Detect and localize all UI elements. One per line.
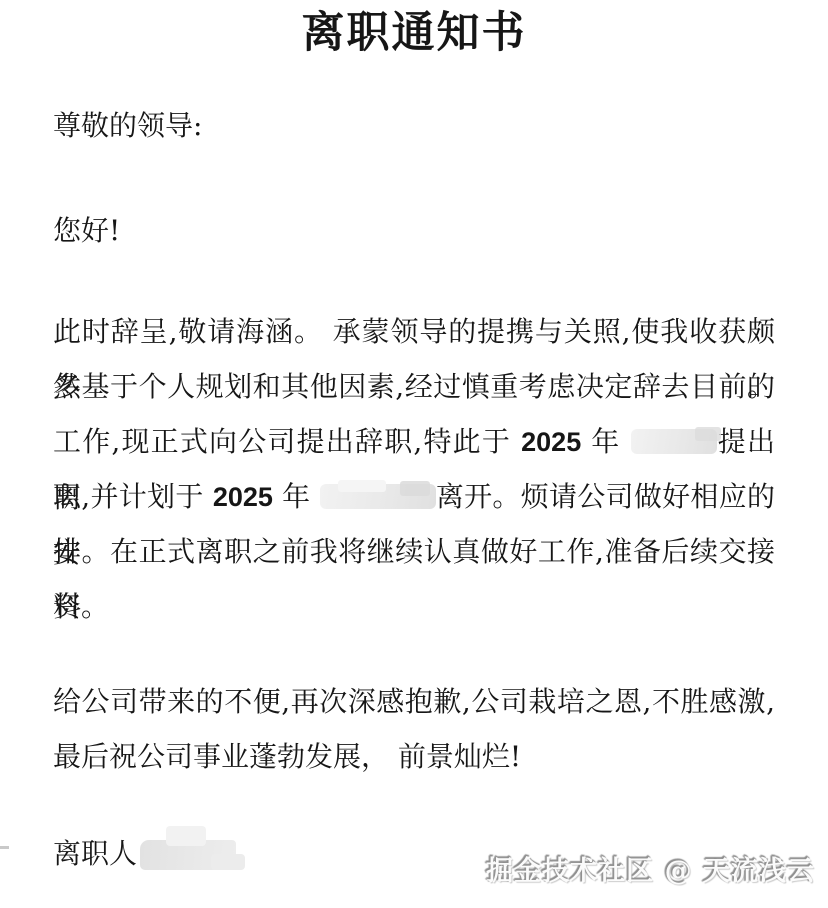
paragraph-line: 此时辞呈,敬请海涵。 承蒙领导的提携与关照,使我收获颇多。 [53,304,775,359]
paragraph-line: 料。 [53,579,775,634]
paragraph-line: 给公司带来的不便,再次深感抱歉,公司栽培之恩,不胜感激, [53,674,775,729]
page-title: 离职通知书 [0,6,828,61]
greeting-line: 尊敬的领导: [53,98,202,153]
redacted-date-blur [320,484,436,509]
stray-mark [0,846,9,849]
paragraph-line: 然基于个人规划和其他因素,经过慎重考虑决定辞去目前的 [53,359,775,414]
signature-line: 离职人 [53,826,236,881]
year-value: 2025 [521,427,581,457]
redacted-name-blur [140,840,236,870]
signature-label: 离职人 [53,837,137,870]
paragraph-line: 排。在正式离职之前我将继续认真做好工作,准备后续交接资 [53,524,775,579]
line-text: 职,并计划于 [53,480,213,513]
line-text: 年 [273,480,320,513]
year-value: 2025 [213,482,273,512]
line-text: 工作,现正式向公司提出辞职,特此于 [53,425,521,458]
body-paragraph-2: 给公司带来的不便,再次深感抱歉,公司栽培之恩,不胜感激, 最后祝公司事业蓬勃发展… [53,674,775,784]
redacted-date-blur [631,429,717,454]
line-text: 年 [581,425,630,458]
body-paragraph-1: 此时辞呈,敬请海涵。 承蒙领导的提携与关照,使我收获颇多。 然基于个人规划和其他… [53,304,775,634]
salutation-line: 您好! [53,203,120,258]
paragraph-line: 工作,现正式向公司提出辞职,特此于 2025 年 提出离 [53,414,775,469]
resignation-notice-page: 离职通知书 尊敬的领导: 您好! 此时辞呈,敬请海涵。 承蒙领导的提携与关照,使… [0,0,828,908]
paragraph-line: 最后祝公司事业蓬勃发展， 前景灿烂! [53,729,775,784]
paragraph-line: 职,并计划于 2025 年 离开。烦请公司做好相应的安 [53,469,775,524]
watermark-text: 掘金技术社区 @ 天流浅云 [486,856,815,888]
